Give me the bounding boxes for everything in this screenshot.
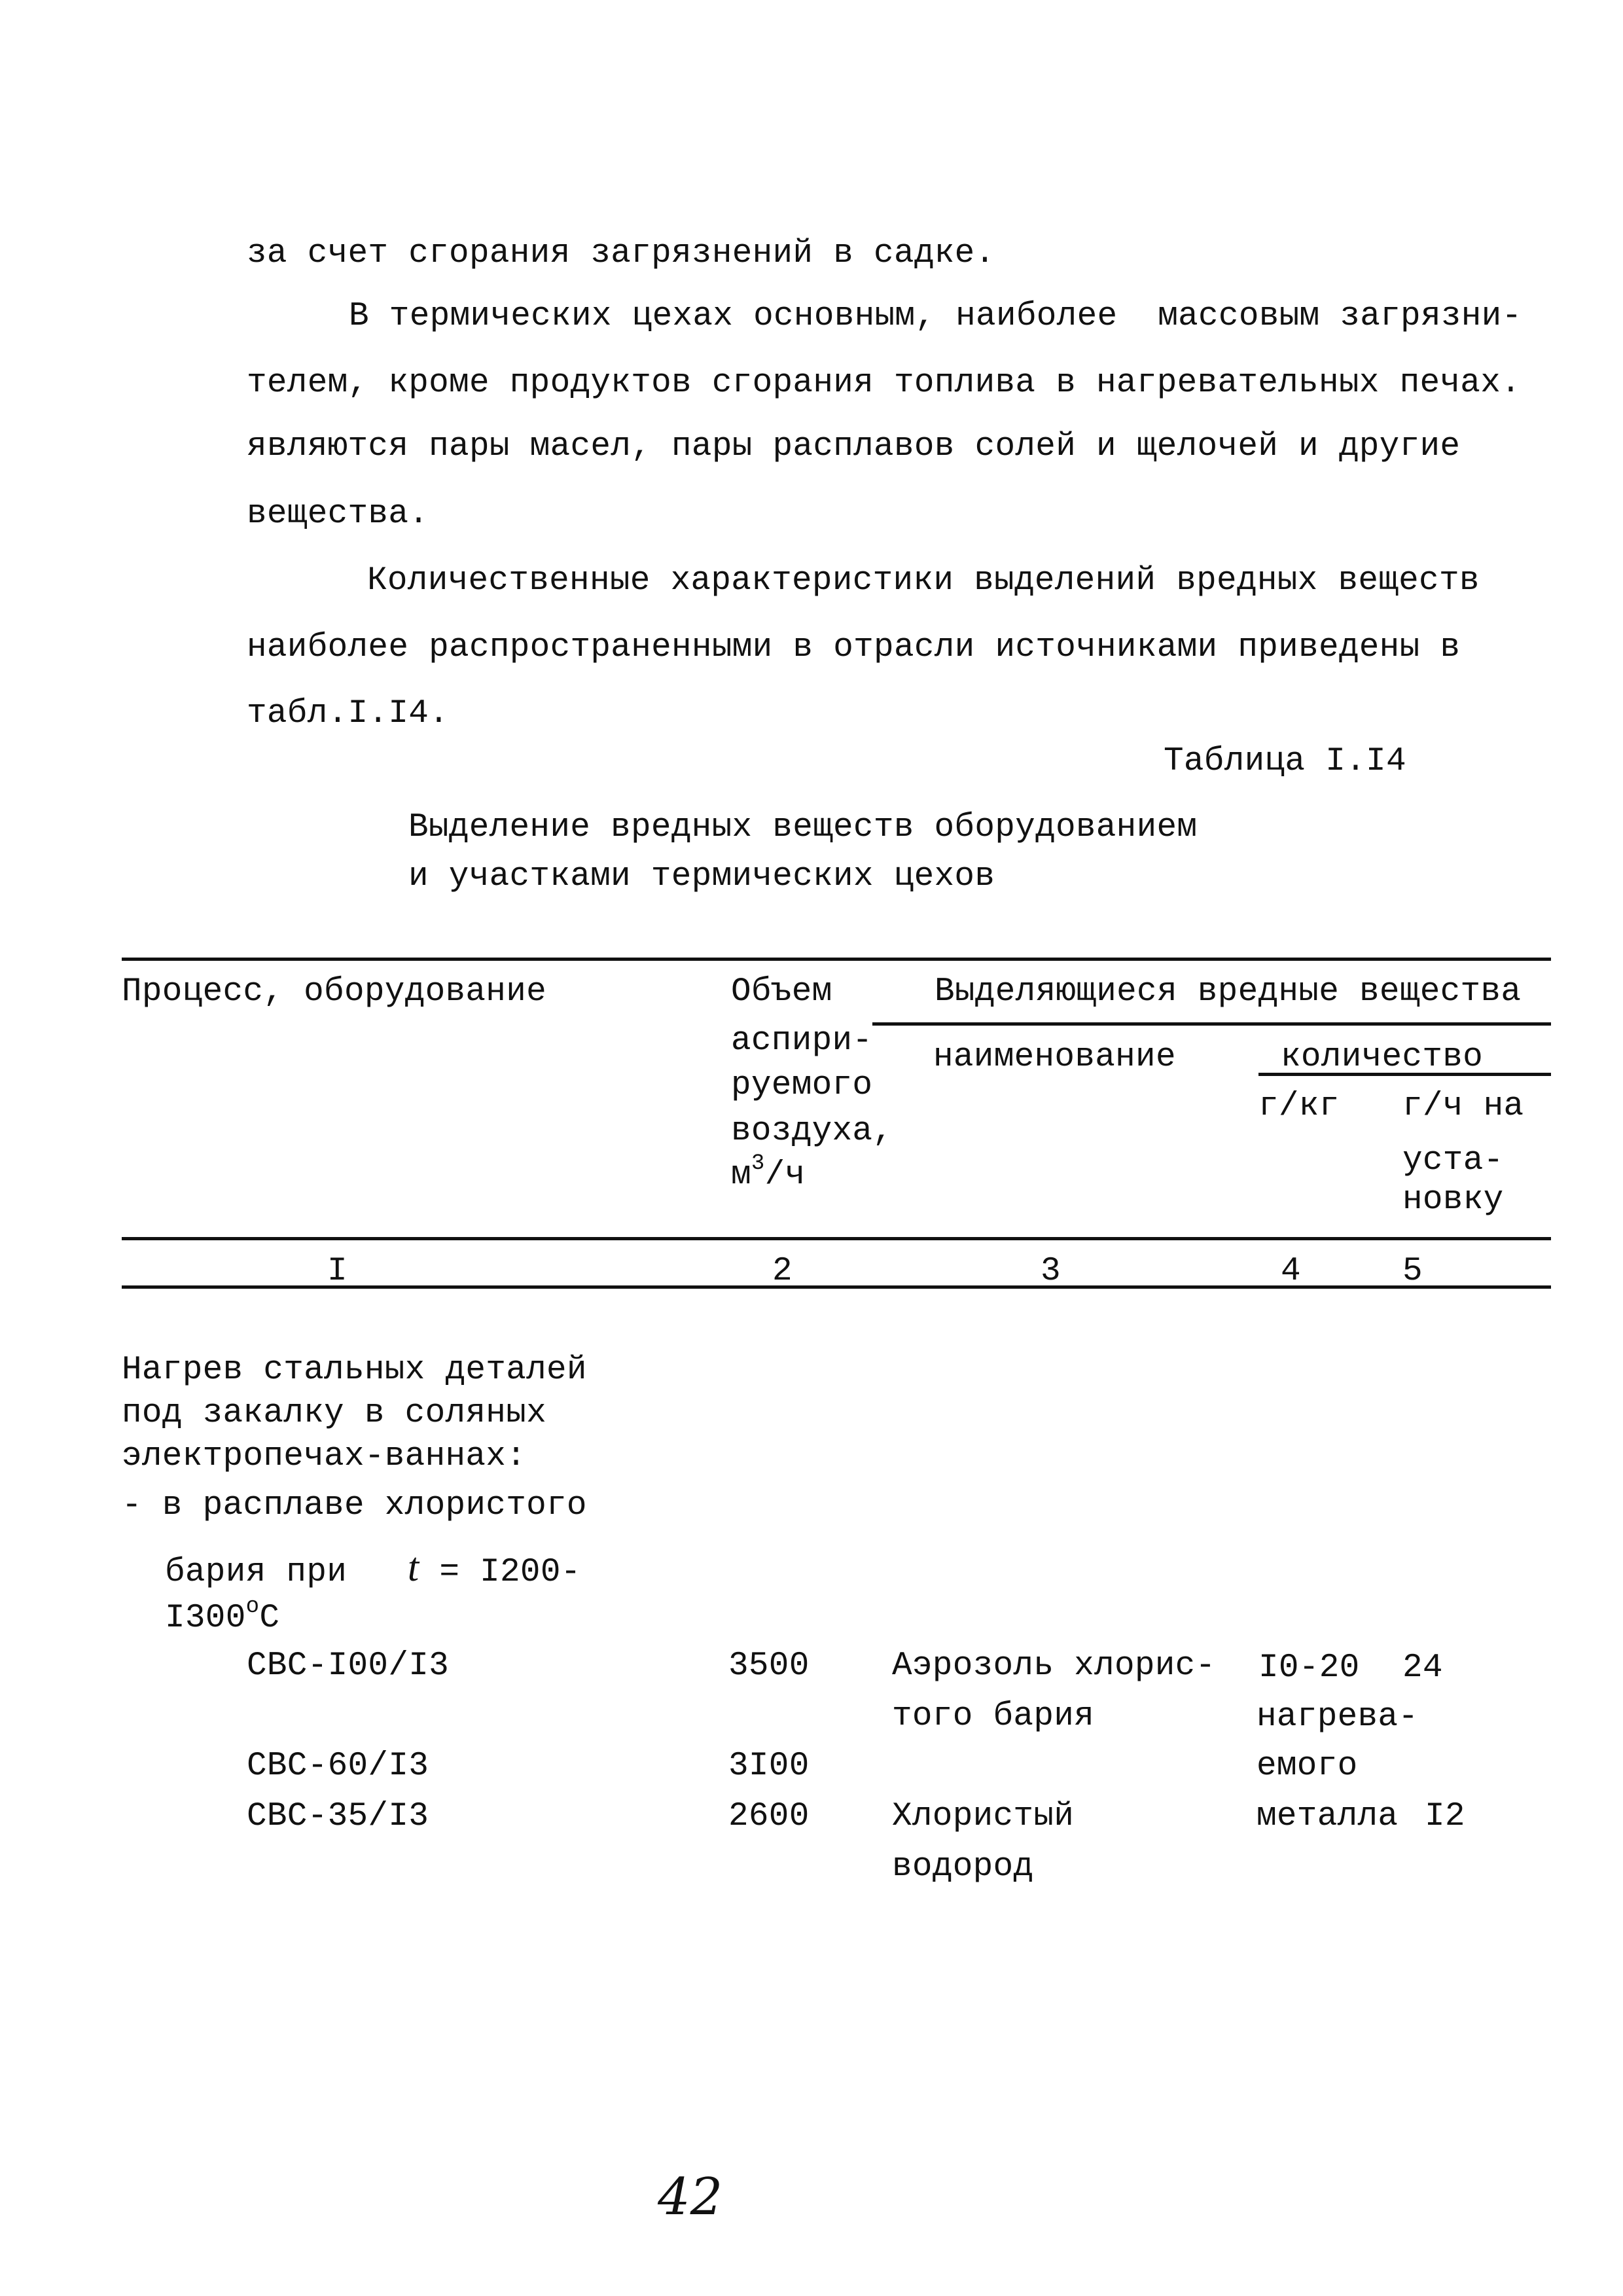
air-volume: 2600 bbox=[728, 1800, 810, 1833]
unit-base: м bbox=[731, 1157, 751, 1194]
substance-name: того бария bbox=[892, 1700, 1094, 1733]
quantity-g-per-kg: I0-20 bbox=[1258, 1651, 1360, 1685]
equipment-name: СВС-I00/I3 bbox=[247, 1649, 449, 1683]
degree-sign: o bbox=[246, 1594, 260, 1619]
group-rule bbox=[872, 1022, 1551, 1026]
header-g-per-kg: г/кг bbox=[1258, 1090, 1340, 1123]
section-text: - в расплаве хлористого bbox=[122, 1489, 587, 1522]
paragraph-line: табл.I.I4. bbox=[247, 697, 449, 730]
section-text: Нагрев стальных деталей bbox=[122, 1354, 587, 1387]
header-bottom-rule bbox=[122, 1237, 1551, 1240]
paragraph-line: В термических цехах основным, наиболее м… bbox=[349, 300, 1522, 333]
section-text: бария при t = I200- bbox=[165, 1551, 581, 1589]
header-air-volume: руемого bbox=[731, 1069, 872, 1102]
substance-name: Хлористый bbox=[892, 1800, 1074, 1833]
paragraph-line: Количественные характеристики выделений … bbox=[367, 564, 1480, 598]
header-air-volume: воздуха, bbox=[731, 1115, 893, 1148]
quantity-note: нагрева- bbox=[1257, 1700, 1418, 1734]
column-number: 4 bbox=[1281, 1255, 1301, 1288]
header-process: Процесс, оборудование bbox=[122, 975, 546, 1009]
paragraph-line: за счет сгорания загрязнений в садке. bbox=[247, 237, 995, 270]
header-group: Выделяющиеся вредные вещества bbox=[935, 975, 1521, 1009]
table-title: Выделение вредных веществ оборудованием bbox=[408, 811, 1197, 844]
header-air-volume: Объем bbox=[731, 975, 832, 1009]
table-label: Таблица I.I4 bbox=[1164, 745, 1406, 778]
quantity-g-per-h: I2 bbox=[1425, 1800, 1465, 1833]
page-number: 42 bbox=[658, 2172, 722, 2223]
paragraph-line: вещества. bbox=[247, 497, 429, 531]
section-text: под закалку в соляных bbox=[122, 1397, 546, 1430]
temp-unit: C bbox=[259, 1600, 279, 1637]
paragraph-line: наиболее распространенными в отрасли ист… bbox=[247, 631, 1460, 664]
column-number: 5 bbox=[1402, 1255, 1423, 1288]
column-number: 3 bbox=[1041, 1255, 1061, 1288]
header-substance-name: наименование bbox=[933, 1041, 1176, 1074]
section-text: электропечах-ваннах: bbox=[122, 1440, 526, 1473]
unit-rest: /ч bbox=[765, 1157, 806, 1194]
table-title: и участками термических цехов bbox=[408, 860, 995, 893]
document-page: за счет сгорания загрязнений в садке. В … bbox=[0, 0, 1623, 2296]
substance-name: водород bbox=[892, 1850, 1033, 1884]
header-air-volume: аспири- bbox=[731, 1024, 872, 1058]
temperature-symbol: t bbox=[408, 1545, 419, 1590]
quantity-note: металла bbox=[1257, 1800, 1398, 1833]
table-top-rule bbox=[122, 958, 1551, 961]
header-g-per-h: новку bbox=[1402, 1183, 1504, 1217]
header-g-per-h: г/ч на bbox=[1402, 1090, 1524, 1123]
temp-prefix: бария при bbox=[165, 1554, 347, 1591]
quantity-g-per-h: 24 bbox=[1402, 1651, 1443, 1685]
temp-end: I300 bbox=[165, 1600, 246, 1637]
air-volume: 3I00 bbox=[728, 1749, 810, 1783]
temp-suffix: = I200- bbox=[439, 1554, 580, 1591]
equipment-name: СВС-35/I3 bbox=[247, 1800, 429, 1833]
section-text: I300oC bbox=[165, 1602, 279, 1635]
substance-name: Аэрозоль хлорис- bbox=[892, 1649, 1215, 1683]
header-quantity: количество bbox=[1281, 1041, 1483, 1074]
header-g-per-h: уста- bbox=[1402, 1144, 1504, 1177]
header-air-volume-unit: м3/ч bbox=[731, 1158, 805, 1192]
unit-superscript: 3 bbox=[751, 1151, 765, 1176]
paragraph-line: являются пары масел, пары расплавов соле… bbox=[247, 430, 1460, 463]
paragraph-line: телем, кроме продуктов сгорания топлива … bbox=[247, 367, 1521, 400]
column-number: I bbox=[327, 1255, 348, 1288]
equipment-name: СВС-60/I3 bbox=[247, 1749, 429, 1783]
air-volume: 3500 bbox=[728, 1649, 810, 1683]
quantity-note: емого bbox=[1257, 1749, 1358, 1783]
column-number: 2 bbox=[772, 1255, 793, 1288]
